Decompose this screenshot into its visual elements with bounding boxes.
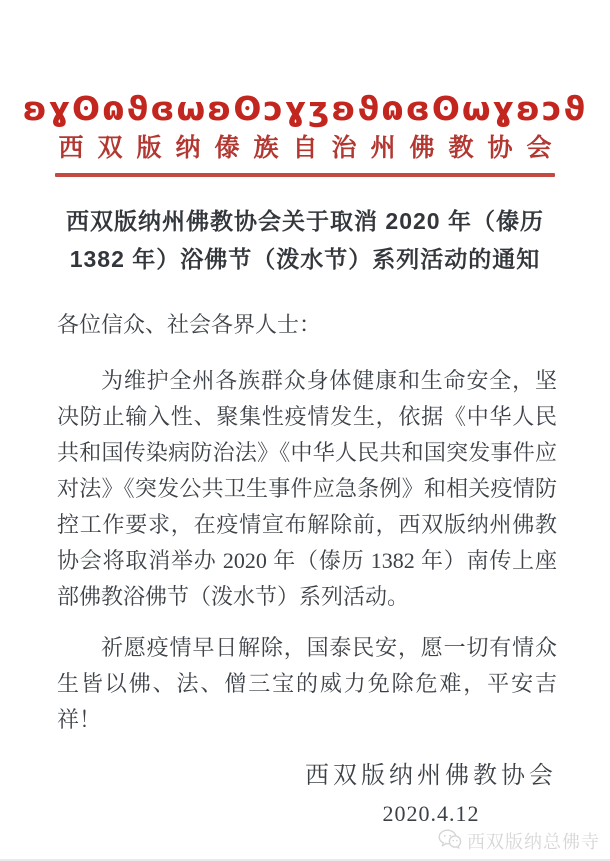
notice-paragraph-1: 为维护全州各族群众身体健康和生命安全，坚决防止输入性、聚集性疫情发生，依据《中华… [57, 363, 557, 615]
notice-paragraph-2: 祈愿疫情早日解除，国泰民安，愿一切有情众生皆以佛、法、僧三宝的威力免除危难，平安… [57, 630, 557, 738]
notice-page: ʚɣʘɷϑɞωʚʘɔɣʒʚϑɷɞʘωɣʚɔϑ 西双版纳傣族自治州佛教协会 西双版… [0, 0, 610, 861]
notice-body: 西双版纳州佛教协会关于取消 2020 年（傣历 1382 年）浴佛节（泼水节）系… [0, 202, 610, 827]
wechat-icon [438, 829, 462, 854]
notice-title: 西双版纳州佛教协会关于取消 2020 年（傣历 1382 年）浴佛节（泼水节）系… [40, 202, 570, 278]
association-name-cn: 西双版纳傣族自治州佛教协会 [0, 134, 610, 164]
watermark: 西双版纳总佛寺 [438, 828, 600, 854]
salutation: 各位信众、社会各界人士： [57, 308, 557, 342]
signature-block: 西双版纳州佛教协会 2020.4.12 [305, 760, 557, 827]
signature-name: 西双版纳州佛教协会 [305, 760, 557, 792]
notice-title-line-1: 西双版纳州佛教协会关于取消 2020 年（傣历 [66, 208, 544, 234]
watermark-label: 西双版纳总佛寺 [467, 828, 600, 854]
notice-content: 各位信众、社会各界人士： 为维护全州各族群众身体健康和生命安全，坚决防止输入性、… [0, 308, 610, 827]
association-header: ʚɣʘɷϑɞωʚʘɔɣʒʚϑɷɞʘωɣʚɔϑ 西双版纳傣族自治州佛教协会 [0, 86, 610, 177]
dai-script-headline: ʚɣʘɷϑɞωʚʘɔɣʒʚϑɷɞʘωɣʚɔϑ [0, 86, 610, 132]
notice-title-line-2: 1382 年）浴佛节（泼水节）系列活动的通知 [70, 246, 541, 272]
signature-date: 2020.4.12 [305, 801, 557, 827]
header-divider [55, 173, 555, 177]
